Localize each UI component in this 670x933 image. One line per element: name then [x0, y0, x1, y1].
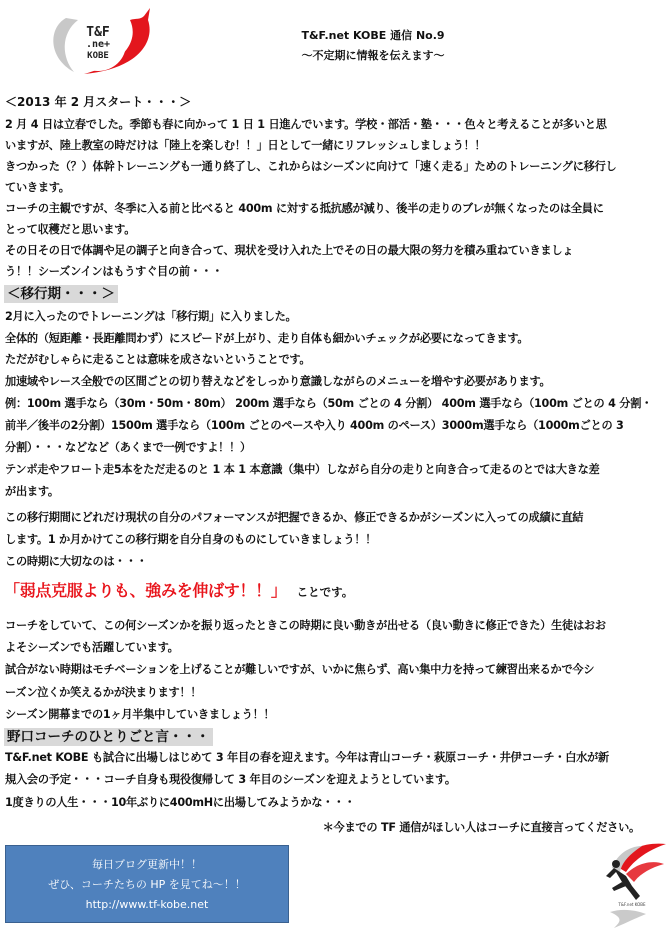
body-line: 2 月 4 日は立春でした。季節も春に向かって 1 日 1 日進んでいます。学校…	[5, 118, 607, 132]
key-message-emphasis: 「弱点克服よりも、強みを伸ばす！！」	[4, 581, 287, 600]
key-message-suffix: ことです。	[297, 585, 354, 599]
body-line: 規入会の予定・・・コーチ自身も現役復帰して 3 年目のシーズンを迎えようとしてい…	[5, 773, 456, 787]
body-line: が出ます。	[5, 485, 59, 499]
back-issues-note: ＊今までの TF 通信がほしい人はコーチに直接言ってください。	[323, 819, 640, 835]
body-line: 全体的（短距離・長距離問わず）にスピードが上がり、走り自体も細かいチェックが必要…	[5, 332, 528, 346]
section-heading-coach-notes: 野口コーチのひとりごと言・・・	[4, 728, 213, 746]
body-line: シーズン開幕までの1ヶ月半集中していきましょう！！	[5, 708, 274, 722]
body-line: コーチの主観ですが、冬季に入る前と比べると 400m に対する抵抗感が減り、後半…	[5, 202, 604, 216]
body-line: 分割）・・・などなど（あくまで一例ですよ！！）	[5, 441, 251, 455]
body-line: いますが、陸上教室の時だけは「陸上を楽しむ！！」日として一緒にリフレッシュしまし…	[5, 139, 485, 153]
blog-promo-box: 毎日ブログ更新中！！ ぜひ、コーチたちの HP を見てね～！！ http://w…	[5, 845, 289, 923]
body-line: 加速域やレース全般での区間ごとの切り替えなどをしっかり意識しながらのメニューを増…	[5, 375, 550, 389]
body-line: とって収穫だと思います。	[5, 223, 135, 237]
body-line: ーズン泣くか笑えるかが決まります！！	[5, 686, 201, 700]
section-heading-transition: ＜移行期・・・＞	[4, 285, 118, 303]
body-line: ていきます。	[5, 181, 70, 195]
body-line: この移行期間にどれだけ現状の自分のパフォーマンスが把握できるか、修正できるかがシ…	[5, 511, 583, 525]
blog-promo-line1: 毎日ブログ更新中！！	[6, 855, 288, 875]
body-line: 2月に入ったのでトレーニングは「移行期」に入りました。	[5, 310, 296, 324]
runner-logo-icon: T&F.net KOBE	[596, 838, 668, 933]
body-line: この時期に大切なのは・・・	[5, 555, 147, 569]
section-heading-start: ＜2013 年 2 月スタート・・・＞	[5, 94, 191, 110]
body-line: 1度きりの人生・・・10年ぶりに400mHに出場してみようかな・・・	[5, 796, 355, 810]
key-message: 「弱点克服よりも、強みを伸ばす！！」ことです。	[4, 580, 353, 603]
body-line: 試合がない時期はモチベーションを上げることが難しいですが、いかに焦らず、高い集中…	[5, 663, 594, 677]
body-line: します。1 か月かけてこの移行期を自分自身のものにしていきましょう！！	[5, 533, 376, 547]
newsletter-title: T&F.net KOBE 通信 No.9	[38, 27, 670, 43]
body-line: その日その日で体調や足の調子と向き合って、現状を受け入れた上でその日の最大限の努…	[5, 244, 573, 258]
body-line: テンポ走やフロート走5本をただ走るのと 1 本 1 本意識（集中）しながら自分の…	[5, 463, 599, 477]
body-line: T&F.net KOBE も試合に出場しはじめて 3 年目の春を迎えます。今年は…	[5, 751, 609, 765]
newsletter-subtitle: ～不定期に情報を伝えます～	[38, 47, 670, 63]
svg-text:T&F.net KOBE: T&F.net KOBE	[617, 902, 646, 907]
blog-url-link[interactable]: http://www.tf-kobe.net	[6, 895, 288, 915]
blog-promo-line2: ぜひ、コーチたちの HP を見てね～！！	[6, 875, 288, 895]
body-line: きつかった（？）体幹トレーニングも一通り終了し、これからはシーズンに向けて「速く…	[5, 160, 617, 174]
body-line: 例：100m 選手なら（30m・50m・80m） 200m 選手なら（50m ご…	[5, 397, 652, 411]
body-line: よそシーズンでも活躍しています。	[5, 641, 179, 655]
body-line: ただがむしゃらに走ることは意味を成さないということです。	[5, 353, 310, 367]
body-line: コーチをしていて、この何シーズンかを振り返ったときこの時期に良い動きが出せる（良…	[5, 619, 606, 633]
body-line: う！！シーズンインはもうすぐ目の前・・・	[5, 265, 223, 279]
runner-logo: T&F.net KOBE	[596, 838, 668, 933]
body-line: 前半／後半の2分割）1500m 選手なら（100m ごとのペースや入り 400m…	[5, 419, 624, 433]
